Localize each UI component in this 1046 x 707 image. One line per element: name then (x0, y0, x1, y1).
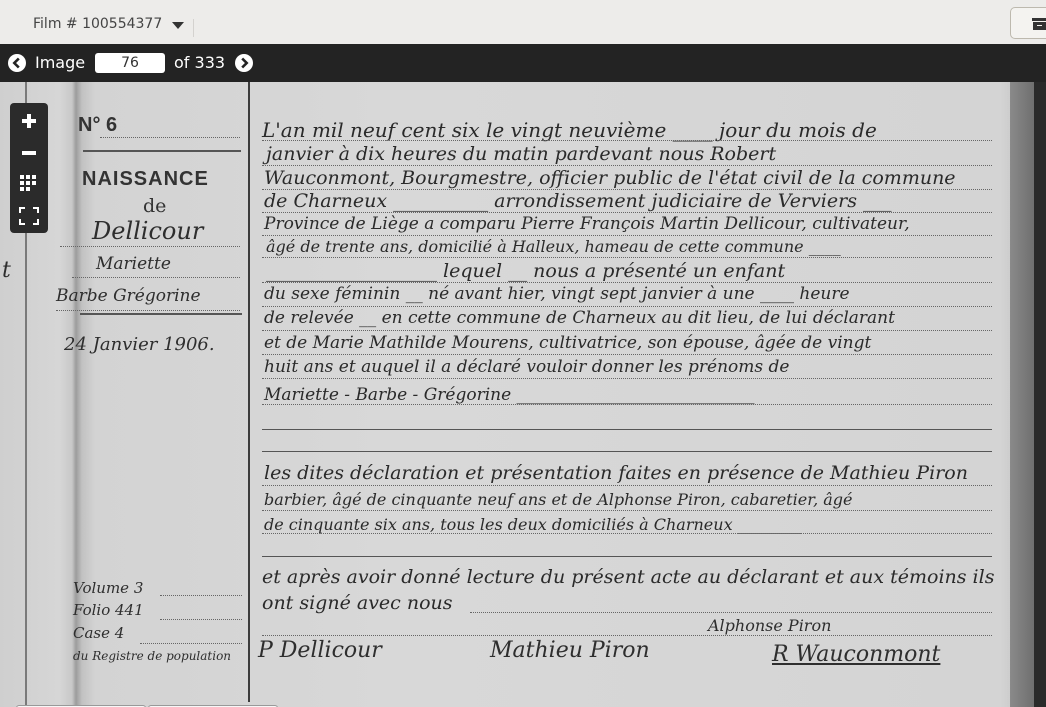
dotted-rule (262, 235, 992, 236)
dotted-rule (262, 533, 992, 534)
record-surname: Dellicour (92, 217, 203, 245)
document-scan-edge (1010, 82, 1034, 707)
dotted-rule (262, 165, 992, 166)
body-line: de relevée __ en cette commune de Charne… (264, 308, 895, 328)
previous-image-button[interactable] (8, 54, 26, 72)
film-number-label: Film # 100554377 (33, 16, 162, 32)
archive-button[interactable] (1010, 7, 1046, 39)
body-line: de Charneux __________ arrondissement ju… (264, 190, 892, 212)
dotted-rule (262, 404, 992, 405)
plus-icon-vertical (27, 114, 31, 128)
closing-line: ont signé avec nous (262, 592, 453, 614)
minus-icon (22, 151, 36, 155)
film-selector[interactable]: Film # 100554377 (33, 16, 184, 32)
witness-line: barbier, âgé de cinquante neuf ans et de… (264, 490, 853, 509)
registry-folio: Folio 441 (73, 601, 144, 619)
signature-witness-2: Alphonse Piron (708, 616, 831, 635)
dotted-rule (72, 277, 240, 278)
body-line: L'an mil neuf cent six le vingt neuvième… (262, 118, 877, 142)
dotted-rule (160, 619, 242, 620)
body-line: âgé de trente ans, domicilié à Halleux, … (266, 237, 841, 256)
archive-box-slot (1037, 25, 1042, 26)
dotted-rule (262, 635, 992, 636)
body-line: et de Marie Mathilde Mourens, cultivatri… (264, 333, 871, 353)
image-viewer[interactable]: t N° 6 NAISSANCE de Dellicour Mariette B… (0, 82, 1046, 707)
dotted-rule (470, 612, 992, 613)
solid-rule (262, 451, 992, 452)
zoom-in-button[interactable] (10, 105, 48, 135)
zoom-out-button[interactable] (10, 137, 48, 167)
image-navigation-bar: Image of 333 (0, 44, 1046, 82)
solid-rule (262, 556, 992, 557)
body-line: __________________ lequel __ nous a prés… (266, 260, 785, 282)
body-line: janvier à dix heures du matin pardevant … (266, 143, 776, 165)
dotted-rule (262, 330, 992, 331)
signature-witness-1: Mathieu Piron (490, 638, 650, 663)
record-date: 24 Janvier 1906. (64, 334, 215, 355)
closing-line: et après avoir donné lecture du présent … (262, 566, 994, 588)
archive-box-icon (1032, 18, 1046, 21)
top-header: Film # 100554377 (0, 0, 1046, 44)
body-line: Wauconmont, Bourgmestre, officier public… (264, 167, 956, 189)
signature-declarant: P Dellicour (258, 638, 382, 663)
archive-box-body (1033, 22, 1046, 30)
record-number: N° 6 (78, 114, 117, 137)
next-image-button[interactable] (235, 54, 253, 72)
chevron-left-icon (8, 54, 26, 72)
dotted-rule (262, 485, 992, 486)
registry-volume: Volume 3 (73, 579, 143, 597)
dotted-rule (160, 595, 242, 596)
dotted-rule (262, 257, 992, 258)
record-given-name-1: Mariette (96, 254, 171, 274)
dotted-rule (262, 282, 992, 283)
witness-line: les dites déclaration et présentation fa… (264, 462, 968, 484)
dotted-rule (262, 378, 992, 379)
chevron-down-icon[interactable] (172, 22, 184, 29)
dotted-rule (262, 354, 992, 355)
zoom-controls (10, 103, 48, 233)
body-line: huit ans et auquel il a déclaré vouloir … (264, 357, 789, 377)
registry-case: Case 4 (73, 624, 124, 642)
dotted-rule (262, 306, 992, 307)
fullscreen-button[interactable] (10, 199, 48, 229)
witness-line: de cinquante six ans, tous les deux domi… (264, 515, 802, 534)
total-images-label: of 333 (174, 53, 225, 72)
document-scan: t N° 6 NAISSANCE de Dellicour Mariette B… (0, 82, 1010, 707)
header-divider (193, 19, 194, 37)
dotted-rule (262, 510, 992, 511)
registry-label: du Registre de population (73, 649, 231, 663)
dotted-rule (262, 212, 992, 213)
solid-rule (262, 429, 992, 430)
image-label: Image (35, 53, 85, 72)
dotted-rule (140, 643, 242, 644)
dotted-rule (60, 246, 240, 247)
chevron-right-icon (235, 54, 253, 72)
body-line: Mariette - Barbe - Grégorine ___________… (264, 385, 755, 405)
margin-column-rule (248, 82, 250, 702)
image-number-input[interactable] (95, 53, 165, 73)
body-line: du sexe féminin __ né avant hier, vingt … (264, 284, 850, 304)
record-type-de: de (143, 195, 166, 217)
dotted-rule (100, 137, 240, 138)
neighbor-page-fragment: t (2, 258, 11, 283)
dotted-rule (56, 310, 240, 311)
double-rule (83, 150, 241, 152)
viewer-background (1034, 82, 1046, 707)
dotted-rule (262, 140, 992, 141)
signature-officer: R Wauconmont (772, 642, 940, 667)
record-given-name-2: Barbe Grégorine (56, 286, 201, 306)
body-line: Province de Liège a comparu Pierre Franç… (264, 214, 910, 234)
double-rule (80, 313, 242, 315)
grid-view-button[interactable] (10, 167, 48, 197)
record-type-heading: NAISSANCE (82, 168, 209, 191)
